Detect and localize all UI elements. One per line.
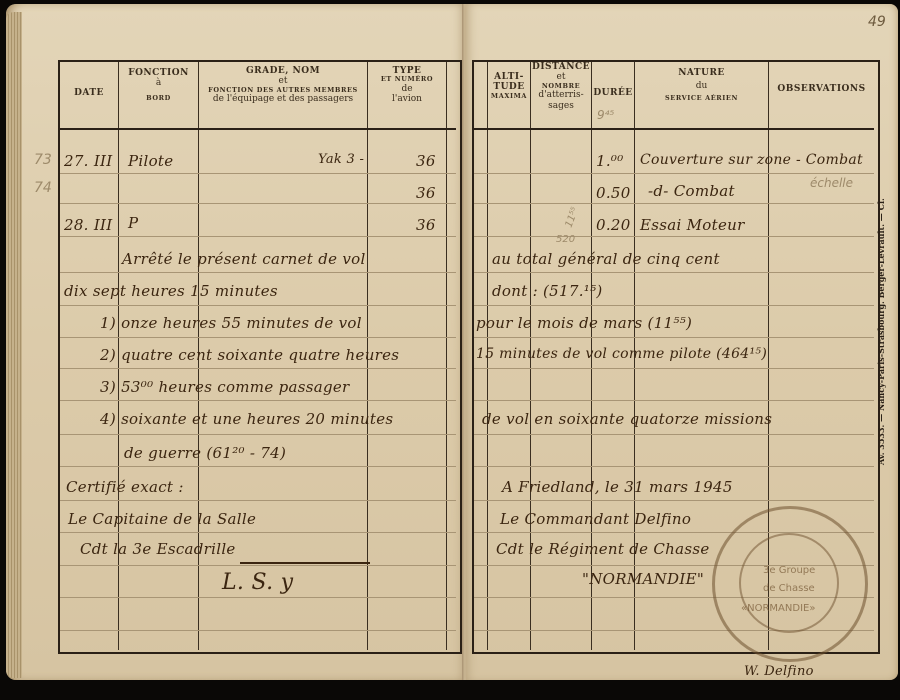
margin-note: 73	[34, 152, 52, 168]
summary-line: 1) onze heures 55 minutes de vol	[100, 314, 362, 332]
header-text: DISTANCE	[531, 62, 591, 72]
row-line	[60, 272, 456, 273]
header-rule	[474, 128, 874, 130]
regiment-stamp: 3e Groupe de Chasse «NORMANDIE»	[712, 506, 868, 662]
summary-line: au total général de cinq cent	[492, 250, 720, 268]
row-line	[60, 305, 456, 306]
row-line	[60, 337, 456, 338]
header-date: DATE	[60, 88, 118, 98]
summary-line: Arrêté le présent carnet de vol	[122, 250, 366, 268]
row-type: Yak 3 -	[318, 152, 364, 167]
header-text: ALTI-	[488, 72, 530, 82]
row-line	[60, 400, 456, 401]
header-text: GRADE, NOM	[199, 66, 367, 76]
row-line	[60, 630, 456, 631]
stamp-text: 3e Groupe	[763, 565, 815, 576]
row-numero: 36	[416, 184, 436, 202]
certification-line: "NORMANDIE"	[582, 570, 704, 588]
header-text: FONCTION	[119, 68, 198, 78]
header-text: de	[368, 84, 446, 94]
row-fonction: P	[128, 214, 138, 232]
header-text: DATE	[60, 88, 118, 98]
row-line	[60, 597, 456, 598]
header-text: BORD	[119, 95, 198, 102]
row-numero: 36	[416, 152, 436, 170]
captain-signature: L. S. y	[222, 570, 293, 595]
certification-line: Certifié exact :	[66, 478, 184, 496]
row-line	[60, 236, 456, 237]
certification-line: Cdt le Régiment de Chasse	[496, 540, 710, 558]
stamp-text: de Chasse	[763, 583, 815, 594]
row-line	[60, 466, 456, 467]
row-line	[60, 173, 456, 174]
header-grade-nom: GRADE, NOM et FONCTION DES AUTRES MEMBRE…	[199, 66, 367, 105]
summary-line: dont : (517.¹⁵)	[492, 282, 603, 300]
certification-line: Cdt la 3e Escadrille	[80, 540, 236, 558]
summary-line: pour le mois de mars (11⁵⁵)	[476, 314, 692, 332]
header-rule	[60, 128, 456, 130]
row-fonction: Pilote	[128, 152, 173, 170]
row-line	[60, 203, 456, 204]
row-observation: échelle	[810, 176, 853, 190]
row-nature: -d- Combat	[648, 182, 735, 200]
row-line	[474, 337, 874, 338]
header-type-avion: TYPE ET NUMÉRO de l'avion	[368, 66, 446, 105]
signature-stroke	[240, 562, 370, 564]
row-line	[474, 173, 874, 174]
header-text: SERVICE AÉRIEN	[635, 95, 768, 102]
summary-line: 2) quatre cent soixante quatre heures	[100, 346, 399, 364]
row-line	[474, 400, 874, 401]
pencil-tally: 520	[556, 234, 575, 245]
header-text: NOMBRE	[531, 83, 591, 90]
row-line	[474, 272, 874, 273]
header-text: de l'équipage et des passagers	[199, 94, 367, 104]
row-line	[474, 236, 874, 237]
row-line	[474, 203, 874, 204]
row-line	[60, 565, 456, 566]
header-text: OBSERVATIONS	[769, 84, 874, 94]
page-number: 49	[868, 14, 886, 30]
row-line	[60, 532, 456, 533]
stamp-text: «NORMANDIE»	[741, 603, 815, 614]
header-text: NATURE	[635, 68, 768, 78]
row-line	[474, 434, 874, 435]
row-duree: 0.50	[596, 184, 631, 202]
row-date: 28. III	[64, 216, 113, 234]
row-line	[474, 305, 874, 306]
header-text: MAXIMA	[488, 93, 530, 100]
header-distance: DISTANCE et NOMBRE d'atterris- sages	[531, 62, 591, 111]
row-duree: 1.⁰⁰	[596, 152, 624, 170]
summary-line: 3) 53⁰⁰ heures comme passager	[100, 378, 350, 396]
header-text: l'avion	[368, 94, 446, 104]
column-divider	[446, 62, 447, 650]
page-edges	[6, 12, 22, 678]
header-nature: NATURE du SERVICE AÉRIEN	[635, 68, 768, 102]
pencil-duree-total: 9⁴⁵	[597, 108, 614, 122]
row-numero: 36	[416, 216, 436, 234]
certification-line: Le Capitaine de la Salle	[68, 510, 256, 528]
summary-line: de vol en soixante quatorze missions	[482, 410, 772, 428]
header-text: sages	[531, 101, 591, 111]
header-text: du	[635, 81, 768, 91]
row-nature: Couverture sur zone - Combat	[640, 152, 863, 168]
row-date: 27. III	[64, 152, 113, 170]
header-fonction: FONCTION à BORD	[119, 68, 198, 102]
header-observations: OBSERVATIONS	[769, 84, 874, 94]
header-text: à	[119, 78, 198, 88]
row-line	[60, 500, 456, 501]
summary-line: de guerre (61²⁰ - 74)	[124, 444, 286, 462]
header-altitude: ALTI- TUDE MAXIMA	[488, 72, 530, 100]
certification-line: Le Commandant Delfino	[500, 510, 691, 528]
row-line	[60, 368, 456, 369]
row-line	[60, 434, 456, 435]
certification-line: A Friedland, le 31 mars 1945	[502, 478, 733, 496]
header-text: DURÉE	[592, 88, 634, 98]
summary-line: 15 minutes de vol comme pilote (464¹⁵)	[476, 346, 767, 362]
header-duree: DURÉE	[592, 88, 634, 98]
row-line	[474, 466, 874, 467]
row-nature: Essai Moteur	[640, 216, 745, 234]
commander-signature: W. Delfino	[744, 664, 814, 679]
printer-imprint: Av. 3533. — Nancy-Paris-Strasbourg. Berg…	[876, 198, 886, 465]
row-duree: 0.20	[596, 216, 631, 234]
summary-line: dix sept heures 15 minutes	[64, 282, 278, 300]
row-line	[474, 500, 874, 501]
header-text: d'atterris-	[531, 90, 591, 100]
summary-line: 4) soixante et une heures 20 minutes	[100, 410, 393, 428]
margin-note: 74	[34, 180, 52, 196]
row-line	[474, 368, 874, 369]
header-text: ET NUMÉRO	[368, 76, 446, 83]
